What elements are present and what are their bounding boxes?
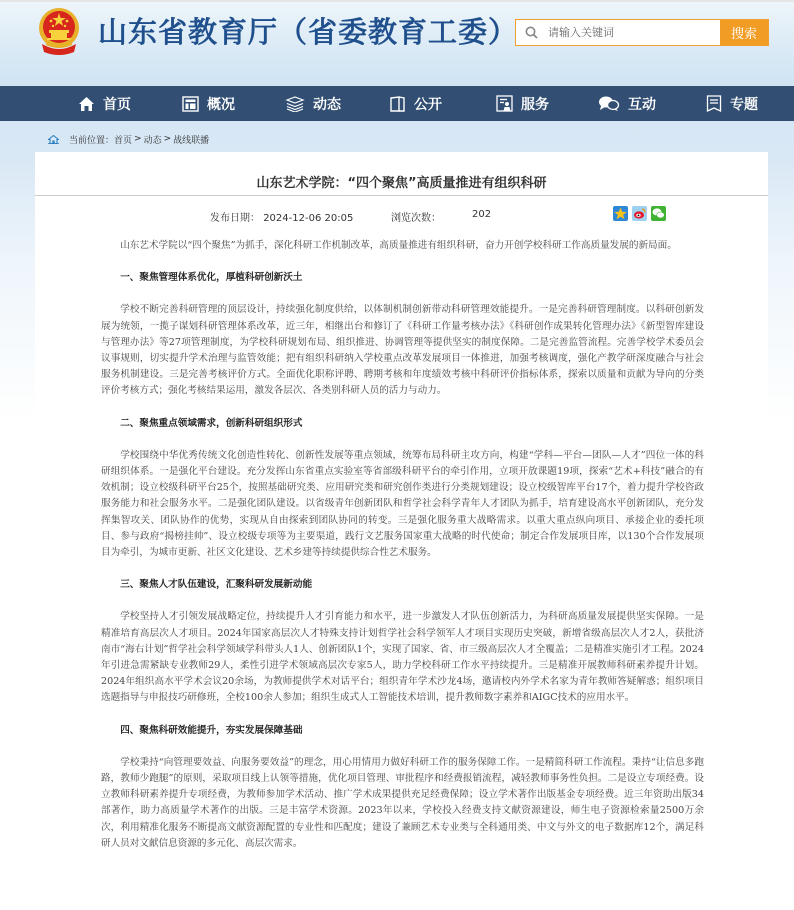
title-divider — [35, 195, 768, 196]
national-emblem-icon — [36, 6, 82, 58]
main-nav: 首页 概况 动态 公开 服务 — [0, 86, 794, 121]
breadcrumb-current[interactable]: 战线联播 — [173, 133, 209, 146]
nav-label: 首页 — [103, 94, 131, 114]
home-icon — [48, 135, 59, 144]
nav-label: 服务 — [521, 94, 549, 114]
nav-item-interact[interactable]: 互动 — [598, 86, 656, 121]
breadcrumb-home[interactable]: 首页 — [114, 133, 132, 146]
nav-item-home[interactable]: 首页 — [78, 86, 131, 121]
section-heading: 二、聚焦重点领域需求，创新科研组织形式 — [101, 416, 704, 432]
document-icon — [706, 95, 722, 112]
qzone-star-icon[interactable] — [613, 206, 628, 221]
publish-date: 2024-12-06 20:05 — [263, 213, 353, 224]
article-panel: 山东艺术学院：“四个聚焦”高质量推进有组织科研 发布日期： 2024-12-06… — [35, 152, 768, 910]
chat-bubbles-icon — [598, 95, 620, 112]
section-body: 学校秉持“向管理要效益、向服务要效益”的理念，用心用情用力做好科研工作的服务保障… — [101, 755, 704, 852]
nav-item-service[interactable]: 服务 — [496, 86, 549, 121]
article-intro: 山东艺术学院以“四个聚焦”为抓手，深化科研工作机制改革，高质量推进有组织科研，奋… — [101, 238, 704, 254]
section-body: 学校不断完善科研管理的顶层设计，持续强化制度供给，以体制机制创新带动科研管理效能… — [101, 302, 704, 399]
breadcrumb-prefix: 当前位置： — [69, 133, 114, 146]
site-header: 山东省教育厅（省委教育工委） 搜索 — [0, 0, 794, 86]
publish-date-meta: 发布日期： 2024-12-06 20:05 — [210, 209, 353, 224]
share-bar — [613, 206, 666, 221]
nav-item-news[interactable]: 动态 — [285, 86, 341, 121]
breadcrumb-news[interactable]: 动态 — [144, 133, 162, 146]
nav-label: 公开 — [414, 94, 442, 114]
nav-label: 概况 — [207, 94, 235, 114]
article-title: 山东艺术学院：“四个聚焦”高质量推进有组织科研 — [35, 172, 768, 191]
overview-icon — [182, 96, 199, 112]
nav-item-overview[interactable]: 概况 — [182, 86, 235, 121]
article-body: 山东艺术学院以“四个聚焦”为抓手，深化科研工作机制改革，高质量推进有组织科研，奋… — [101, 238, 704, 868]
home-icon — [78, 96, 95, 112]
search-icon — [516, 20, 546, 45]
nav-item-public[interactable]: 公开 — [389, 86, 442, 121]
publish-label: 发布日期： — [210, 213, 260, 224]
weibo-icon[interactable] — [632, 206, 647, 221]
site-title[interactable]: 山东省教育厅（省委教育工委） — [98, 10, 518, 51]
nav-item-topics[interactable]: 专题 — [706, 86, 758, 121]
section-heading: 四、聚焦科研效能提升，夯实发展保障基础 — [101, 723, 704, 739]
wechat-icon[interactable] — [651, 206, 666, 221]
nav-label: 互动 — [628, 94, 656, 114]
search-button[interactable]: 搜索 — [720, 20, 768, 45]
book-icon — [389, 96, 406, 112]
breadcrumb-separator: > — [134, 134, 142, 144]
views-count: 202 — [472, 209, 491, 220]
nav-label: 动态 — [313, 94, 341, 114]
views-label: 浏览次数： — [391, 213, 441, 224]
section-body: 学校围绕中华优秀传统文化创造性转化、创新性发展等重点领域，统筹布局科研主攻方向，… — [101, 448, 704, 561]
views-meta: 浏览次数： — [391, 209, 441, 224]
section-heading: 一、聚焦管理体系优化，厚植科研创新沃土 — [101, 270, 704, 286]
service-icon — [496, 95, 513, 112]
breadcrumb-separator: > — [164, 134, 172, 144]
search-box: 搜索 — [515, 19, 769, 46]
breadcrumb: 当前位置： 首页 > 动态 > 战线联播 — [48, 131, 209, 147]
search-input[interactable] — [546, 20, 720, 45]
section-heading: 三、聚焦人才队伍建设，汇聚科研发展新动能 — [101, 577, 704, 593]
nav-label: 专题 — [730, 94, 758, 114]
section-body: 学校坚持人才引领发展战略定位，持续提升人才引育能力和水平，进一步激发人才队伍创新… — [101, 609, 704, 706]
news-stack-icon — [285, 96, 305, 112]
